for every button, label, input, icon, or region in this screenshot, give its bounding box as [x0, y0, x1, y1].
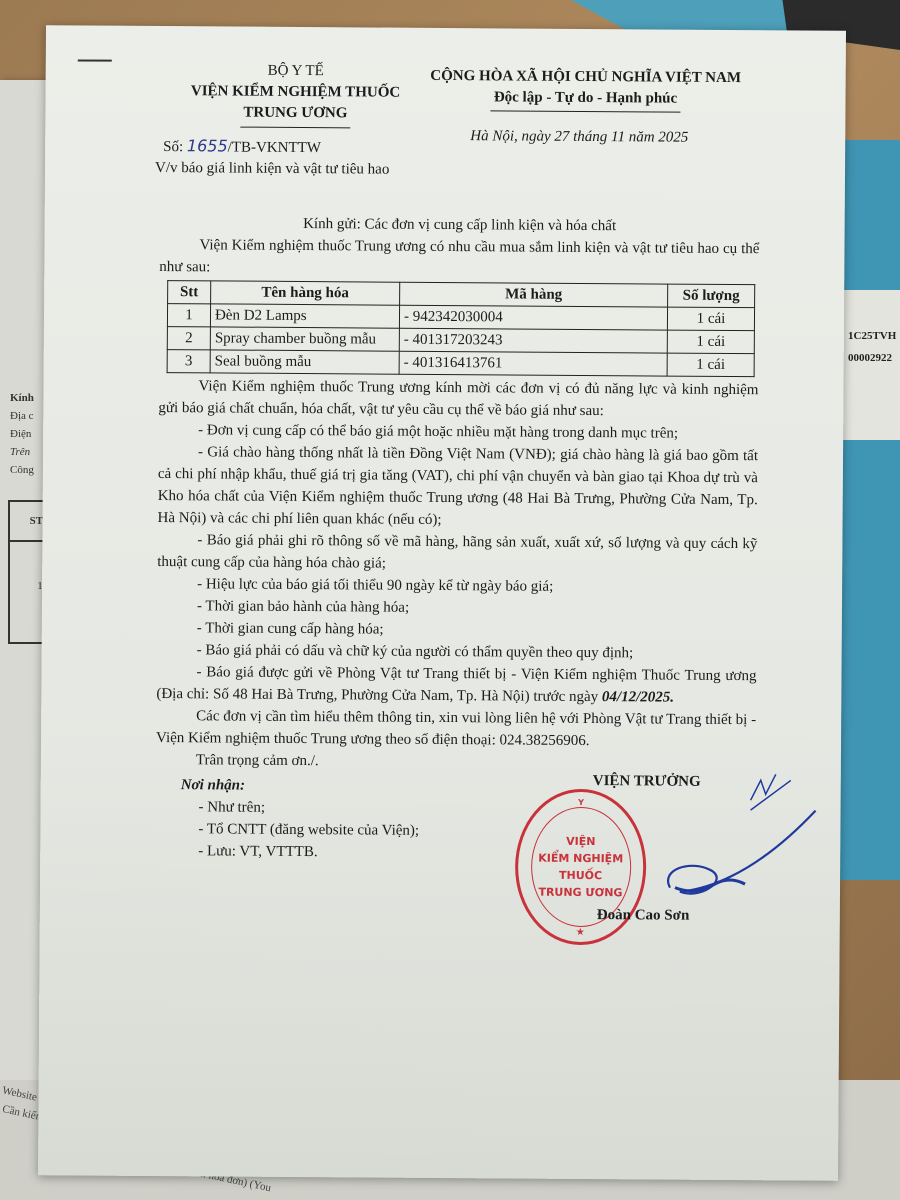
- ministry-name: BỘ Y TẾ: [146, 60, 446, 83]
- background-right-paper: 1C25TVH 00002922: [840, 290, 900, 440]
- stamp-line: THUỐC: [559, 867, 602, 884]
- items-table: Stt Tên hàng hóa Mã hàng Số lượng 1 Đèn …: [167, 280, 756, 377]
- cell-name: Spray chamber buồng mẫu: [210, 327, 399, 351]
- cell-stt: 3: [167, 350, 210, 373]
- background-blue-folder-right: [840, 140, 900, 880]
- bottom-snippet: Website: [1, 1084, 38, 1103]
- table-row: 2 Spray chamber buồng mẫu - 401317203243…: [167, 327, 754, 354]
- cell-qty: 1 cái: [667, 307, 754, 331]
- number-handwritten: 1655: [187, 136, 228, 155]
- col-header-code: Mã hàng: [400, 282, 668, 307]
- national-motto: Độc lập - Tự do - Hạnh phúc: [405, 87, 765, 111]
- col-header-qty: Số lượng: [668, 284, 755, 308]
- left-paper-line: Địa c: [10, 408, 34, 424]
- letter-body: Kính gửi: Các đơn vị cung cấp linh kiện …: [156, 212, 760, 775]
- submission-deadline: 04/12/2025.: [602, 689, 674, 706]
- requirement-item: - Giá chào hàng thống nhất là tiền Đồng …: [158, 441, 759, 533]
- col-header-name: Tên hàng hóa: [211, 281, 400, 305]
- cell-name: Seal buồng mẫu: [210, 350, 399, 374]
- table-row: 1 Đèn D2 Lamps - 942342030004 1 cái: [167, 304, 754, 331]
- margin-mark: [78, 59, 112, 61]
- stamp-line: VIỆN: [566, 833, 595, 850]
- recipients-title: Nơi nhận:: [181, 774, 420, 798]
- recipients-block: Nơi nhận: - Như trên; - Tổ CNTT (đăng we…: [180, 774, 419, 864]
- cell-qty: 1 cái: [667, 353, 754, 377]
- intro-paragraph: Viện Kiểm nghiệm thuốc Trung ương có nhu…: [159, 234, 759, 282]
- document-number: Số: 1655/TB-VKNTTW: [163, 136, 321, 157]
- contact-paragraph: Các đơn vị cần tìm hiểu thêm thông tin, …: [156, 705, 756, 753]
- official-letter: BỘ Y TẾ VIỆN KIỂM NGHIỆM THUỐC TRUNG ƯƠN…: [38, 25, 846, 1181]
- document-subject: V/v báo giá linh kiện và vật tư tiêu hao: [155, 160, 389, 179]
- institute-name-line1: VIỆN KIỂM NGHIỆM THUỐC: [145, 81, 445, 104]
- table-row: 3 Seal buồng mẫu - 401316413761 1 cái: [167, 350, 754, 377]
- number-suffix: /TB-VKNTTW: [228, 139, 321, 156]
- cell-stt: 2: [167, 327, 210, 350]
- left-paper-line: Kính: [10, 390, 34, 406]
- left-paper-line: Trên: [10, 444, 30, 460]
- number-prefix: Số:: [163, 139, 183, 155]
- issuer-block: BỘ Y TẾ VIỆN KIỂM NGHIỆM THUỐC TRUNG ƯƠN…: [145, 60, 445, 129]
- place-date: Hà Nội, ngày 27 tháng 11 năm 2025: [470, 128, 688, 147]
- country-name: CỘNG HÒA XÃ HỘI CHỦ NGHĨA VIỆT NAM: [406, 66, 766, 90]
- cell-code: - 401317203243: [399, 328, 667, 353]
- left-paper-line: Công: [10, 462, 34, 478]
- submission-item: - Báo giá được gửi về Phòng Vật tư Trang…: [156, 661, 756, 709]
- cell-qty: 1 cái: [667, 330, 754, 354]
- col-header-stt: Stt: [168, 281, 211, 304]
- stamp-top-text: Y: [578, 798, 584, 807]
- signer-name: Đoàn Cao Sơn: [597, 907, 690, 925]
- cell-stt: 1: [167, 304, 210, 327]
- right-paper-line: 00002922: [848, 352, 892, 364]
- institute-name-line2: TRUNG ƯƠNG: [145, 102, 445, 125]
- motto-underline: [490, 110, 680, 112]
- requirement-item: - Báo giá phải ghi rõ thông số về mã hàn…: [157, 529, 757, 577]
- national-header: CỘNG HÒA XÃ HỘI CHỦ NGHĨA VIỆT NAM Độc l…: [405, 66, 765, 114]
- recipient-item: - Tổ CNTT (đăng website của Viện);: [180, 818, 419, 842]
- invite-paragraph: Viện Kiểm nghiệm thuốc Trung ương kính m…: [158, 375, 758, 423]
- signature-icon: [600, 769, 831, 911]
- cell-code: - 942342030004: [399, 305, 667, 330]
- issuer-underline: [240, 127, 350, 129]
- left-paper-line: Điện: [10, 426, 31, 442]
- recipient-item: - Như trên;: [180, 796, 419, 820]
- cell-code: - 401316413761: [399, 351, 667, 376]
- recipient-item: - Lưu: VT, VTTTB.: [180, 840, 419, 864]
- cell-name: Đèn D2 Lamps: [210, 304, 399, 328]
- right-paper-line: 1C25TVH: [848, 330, 896, 342]
- stamp-star-icon: ★: [576, 927, 585, 938]
